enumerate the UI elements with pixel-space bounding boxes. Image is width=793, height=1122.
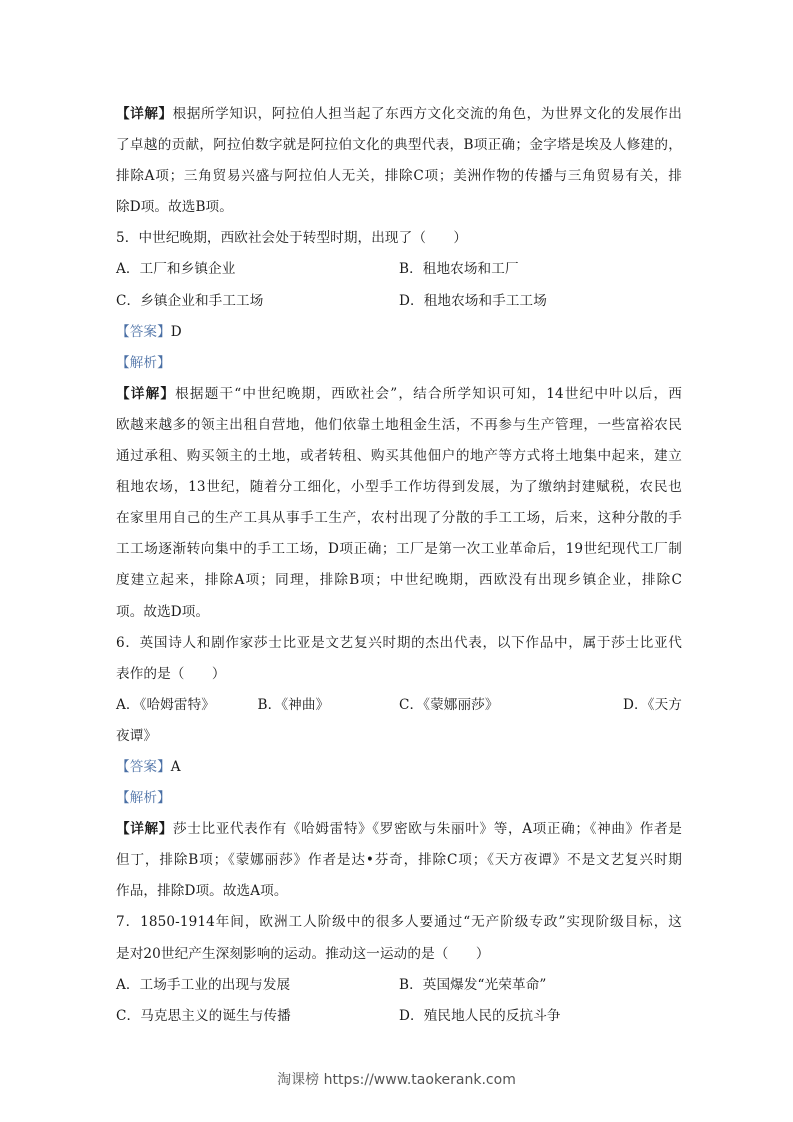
q5-answer: 【答案】D bbox=[116, 317, 682, 348]
detail-label: 【详解】 bbox=[116, 106, 173, 122]
q5-option-a: A．工厂和乡镇企业 bbox=[116, 254, 399, 285]
q6-detail: 【详解】莎士比亚代表作有《哈姆雷特》《罗密欧与朱丽叶》等，A项正确；《神曲》作者… bbox=[116, 814, 682, 907]
q5-detail: 【详解】根据题干“中世纪晚期，西欧社会”，结合所学知识可知，14世纪中叶以后，西… bbox=[116, 379, 682, 628]
q5-option-c: C．乡镇企业和手工工场 bbox=[116, 286, 399, 317]
q5-option-b: B．租地农场和工厂 bbox=[399, 254, 682, 285]
question-5: 5．中世纪晚期，西欧社会处于转型时期，出现了（ ） A．工厂和乡镇企业 B．租地… bbox=[116, 223, 682, 627]
footer-watermark: 淘课榜 https://www.taokerank.com bbox=[0, 1069, 793, 1089]
q6-answer: 【答案】A bbox=[116, 752, 682, 783]
q7-option-d: D．殖民地人民的反抗斗争 bbox=[399, 1001, 682, 1032]
q7-stem: 7．1850-1914年间，欧洲工人阶级中的很多人要通过“无产阶级专政”实现阶级… bbox=[116, 907, 682, 938]
q6-option-d: D．《天方 bbox=[541, 690, 683, 721]
q5-stem: 5．中世纪晚期，西欧社会处于转型时期，出现了（ ） bbox=[116, 223, 682, 254]
q5-analysis-label: 【解析】 bbox=[116, 348, 682, 379]
q4-detail: 【详解】根据所学知识，阿拉伯人担当起了东西方文化交流的角色，为世界文化的发展作出… bbox=[116, 99, 682, 223]
document-page: 【详解】根据所学知识，阿拉伯人担当起了东西方文化交流的角色，为世界文化的发展作出… bbox=[116, 99, 682, 1032]
q7-option-c: C．马克思主义的诞生与传播 bbox=[116, 1001, 399, 1032]
q6-option-d-wrap: 夜谭》 bbox=[116, 721, 682, 752]
q7-option-a: A．工场手工业的出现与发展 bbox=[116, 970, 399, 1001]
q6-option-c: C．《蒙娜丽莎》 bbox=[399, 690, 541, 721]
q6-stem: 6．英国诗人和剧作家莎士比亚是文艺复兴时期的杰出代表，以下作品中，属于莎士比亚代 bbox=[116, 628, 682, 659]
q6-analysis-label: 【解析】 bbox=[116, 783, 682, 814]
q7-option-b: B．英国爆发“光荣革命” bbox=[399, 970, 682, 1001]
q5-option-d: D．租地农场和手工工场 bbox=[399, 286, 682, 317]
question-7: 7．1850-1914年间，欧洲工人阶级中的很多人要通过“无产阶级专政”实现阶级… bbox=[116, 907, 682, 1031]
question-6: 6．英国诗人和剧作家莎士比亚是文艺复兴时期的杰出代表，以下作品中，属于莎士比亚代… bbox=[116, 628, 682, 908]
q6-option-b: B．《神曲》 bbox=[258, 690, 400, 721]
q6-option-a: A．《哈姆雷特》 bbox=[116, 690, 258, 721]
